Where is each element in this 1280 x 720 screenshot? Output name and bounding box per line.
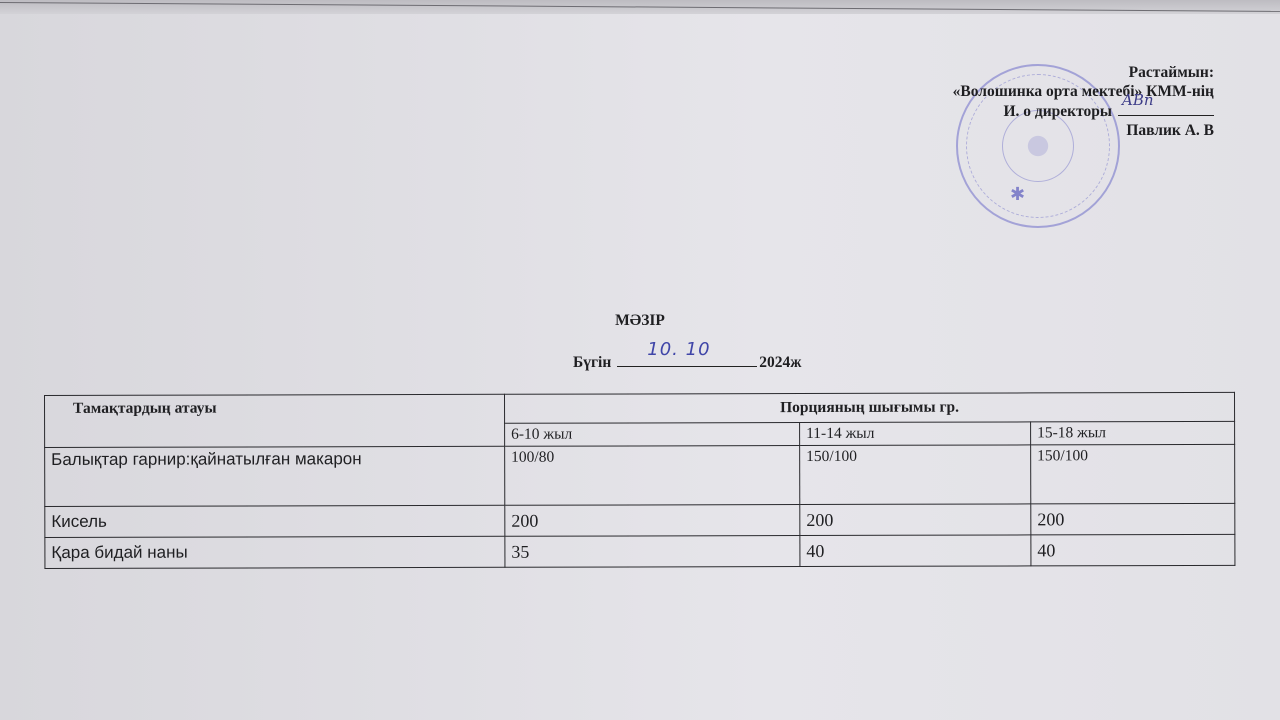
school-name: «Волошинка орта мектебі» КММ-нің	[953, 82, 1214, 101]
portion-value: 200	[505, 505, 800, 537]
director-title: И. о директоры	[1003, 103, 1112, 120]
signature: ABn	[1122, 91, 1154, 110]
table-row: Балықтар гарнир:қайнатылған макарон 100/…	[45, 444, 1235, 506]
approval-heading: Растаймын:	[953, 63, 1214, 82]
portion-value: 100/80	[505, 446, 800, 506]
seal-star-icon: ✱	[1010, 184, 1025, 205]
date-row: Бүгін10. 102024ж	[573, 352, 802, 372]
date-blank: 10. 10	[617, 352, 757, 367]
portion-value: 40	[800, 535, 1031, 567]
portion-value: 150/100	[1031, 444, 1235, 504]
portion-value: 150/100	[800, 445, 1031, 505]
director-name: Павлик А. В	[953, 121, 1214, 140]
date-label: Бүгін	[573, 354, 611, 371]
portion-value: 40	[1031, 534, 1235, 566]
date-handwritten: 10. 10	[647, 339, 710, 360]
menu-table: Тамақтардың атауы Порцияның шығымы гр. 6…	[44, 392, 1235, 569]
header-age-group: 11-14 жыл	[800, 422, 1031, 446]
header-age-group: 15-18 жыл	[1031, 421, 1235, 445]
table-row: Қара бидай наны 35 40 40	[45, 534, 1235, 568]
table-header-row: Тамақтардың атауы Порцияның шығымы гр.	[45, 392, 1235, 424]
signature-blank: ABn	[1118, 101, 1214, 116]
header-dish-name: Тамақтардың атауы	[45, 394, 505, 447]
dish-name: Кисель	[45, 505, 505, 537]
table-row: Кисель 200 200 200	[45, 503, 1235, 537]
page-title: МӘЗІР	[0, 312, 1280, 330]
portion-value: 200	[800, 504, 1031, 536]
header-portion: Порцияның шығымы гр.	[504, 392, 1234, 423]
portion-value: 200	[1031, 503, 1235, 535]
dish-name: Балықтар гарнир:қайнатылған макарон	[45, 446, 505, 506]
date-year: 2024ж	[759, 354, 801, 371]
header-age-group: 6-10 жыл	[505, 423, 800, 447]
dish-name: Қара бидай наны	[45, 536, 505, 568]
approval-block: Растаймын: «Волошинка орта мектебі» КММ-…	[953, 63, 1214, 140]
portion-value: 35	[505, 536, 800, 568]
director-line: И. о директорыABn	[953, 101, 1214, 121]
